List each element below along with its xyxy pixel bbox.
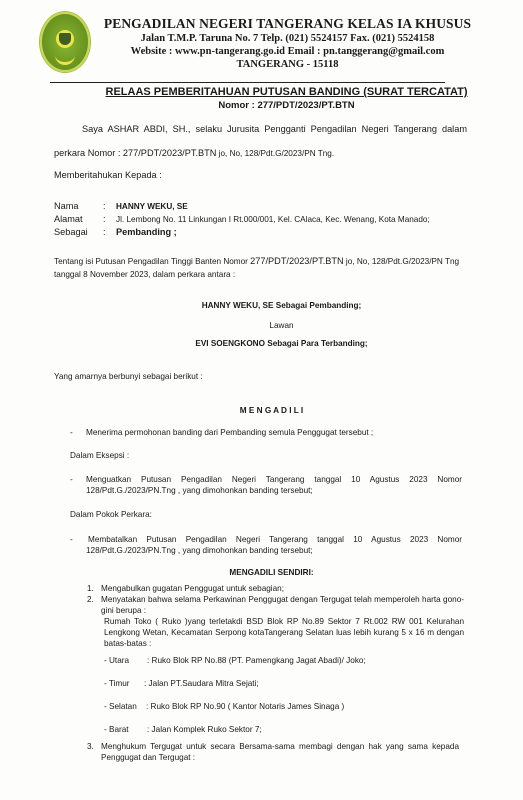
about-text: Tentang isi Putusan Pengadilan Tinggi Ba… bbox=[54, 257, 250, 266]
item-1-text: Mengabulkan gugatan Penggugat untuk seba… bbox=[101, 584, 284, 593]
about-line-2: tanggal 8 November 2023, dalam perkara a… bbox=[54, 270, 235, 279]
letterhead-divider bbox=[50, 82, 445, 83]
bullet: - bbox=[70, 475, 73, 484]
address-label: Alamat bbox=[54, 214, 83, 224]
case-ref: jo, No, 128/Pdt.G/2023/PN Tng. bbox=[216, 149, 334, 158]
item-2-line-1: Menyatakan bahwa selama Perkawinan Pengg… bbox=[101, 595, 464, 604]
role-label: Sebagai bbox=[54, 227, 88, 237]
item-3-line-2: Penggugat dan Tergugat : bbox=[101, 753, 195, 762]
intro-line-1: Saya ASHAR ABDI, SH., selaku Jurusita Pe… bbox=[82, 124, 467, 134]
item-number: 2. bbox=[87, 595, 94, 604]
boundary-value: : Jalan Komplek Ruko Sektor 7; bbox=[147, 725, 262, 734]
institution-address: Jalan T.M.P. Taruna No. 7 Telp. (021) 55… bbox=[0, 33, 523, 44]
boundary-label: - Timur bbox=[104, 679, 129, 688]
boundary-label: - Utara bbox=[104, 656, 129, 665]
institution-contact: Website : www.pn-tangerang.go.id Email :… bbox=[0, 46, 523, 57]
institution-name: PENGADILAN NEGERI TANGERANG KELAS IA KHU… bbox=[0, 16, 523, 32]
document-number: Nomor : 277/PDT/2023/PT.BTN bbox=[0, 100, 523, 111]
boundary-label: - Selatan bbox=[104, 702, 137, 711]
case-ref: jo, No, 128/Pdt.G/2023/PN Tng bbox=[344, 257, 459, 266]
about-line-1: Tentang isi Putusan Pengadilan Tinggi Ba… bbox=[54, 256, 459, 266]
name-label: Nama bbox=[54, 201, 79, 211]
case-number: perkara Nomor : 277/PDT/2023/PT.BTN bbox=[54, 148, 216, 158]
boundary-value: : Ruko Blok RP No.88 (PT. Pamengkang Jag… bbox=[147, 656, 366, 665]
mengadili-sendiri-heading: MENGADILI SENDIRI: bbox=[0, 568, 523, 577]
mengadili-heading: M E N G A D I L I bbox=[0, 406, 523, 415]
notify-label: Memberitahukan Kepada : bbox=[54, 170, 162, 180]
recipient-role: Pembanding ; bbox=[116, 227, 177, 237]
pokok-line-2: 128/Pdt.G./2023/PN.Tng , yang dimohonkan… bbox=[86, 546, 313, 555]
party-respondent: EVI SOENGKONO Sebagai Para Terbanding; bbox=[0, 339, 523, 348]
item-number: 3. bbox=[87, 742, 94, 751]
eksepsi-line-2: 128/Pdt.G./2023/PN.Tng , yang dimohonkan… bbox=[86, 486, 313, 495]
separator: : bbox=[103, 227, 106, 237]
institution-city: TANGERANG - 15118 bbox=[0, 59, 523, 70]
bullet: - bbox=[70, 428, 73, 437]
recipient-name: HANNY WEKU, SE bbox=[116, 202, 188, 211]
bullet: - bbox=[70, 535, 73, 544]
document-title: RELAAS PEMBERITAHUAN PUTUSAN BANDING (SU… bbox=[0, 86, 523, 98]
intro-line-2: perkara Nomor : 277/PDT/2023/PT.BTN jo, … bbox=[54, 148, 334, 158]
boundary-label: - Barat bbox=[104, 725, 129, 734]
item-3-line-1: Menghukum Tergugat untuk secara Bersama-… bbox=[101, 742, 459, 751]
versus-label: Lawan bbox=[0, 321, 523, 330]
property-line-2: Lengkong Wetan, Kecamatan Serpong kotaTa… bbox=[104, 628, 464, 637]
eksepsi-line-1: Menguatkan Putusan Pengadilan Negeri Tan… bbox=[86, 475, 462, 484]
item-number: 1. bbox=[87, 584, 94, 593]
recipient-address: Jl. Lembong No. 11 Linkungan I Rt.000/00… bbox=[116, 215, 430, 224]
property-line-3: batas-batas : bbox=[104, 639, 151, 648]
item-2-line-2: gini berupa : bbox=[101, 606, 146, 615]
verdict-intro: Yang amarnya berbunyi sebagai berikut : bbox=[54, 372, 203, 381]
separator: : bbox=[103, 214, 106, 224]
intro-text: Saya ASHAR ABDI, SH., selaku Jurusita Pe… bbox=[82, 124, 467, 134]
accept-appeal: Menerima permohonan banding dari Pemband… bbox=[86, 428, 373, 437]
eksepsi-label: Dalam Eksepsi : bbox=[70, 451, 129, 460]
boundary-value: : Ruko Blok RP No.90 ( Kantor Notaris Ja… bbox=[146, 702, 344, 711]
appeal-number: 277/PDT/2023/PT.BTN bbox=[250, 256, 343, 266]
property-line-1: Rumah Toko ( Ruko )yang terletakdi BSD B… bbox=[104, 617, 464, 626]
party-appellant: HANNY WEKU, SE Sebagai Pembanding; bbox=[0, 301, 523, 310]
pokok-line-1: Membatalkan Putusan Pengadilan Negeri Ta… bbox=[88, 535, 462, 544]
pokok-label: Dalam Pokok Perkara: bbox=[70, 510, 152, 519]
boundary-value: : Jalan PT.Saudara Mitra Sejati; bbox=[144, 679, 259, 688]
separator: : bbox=[103, 201, 106, 211]
